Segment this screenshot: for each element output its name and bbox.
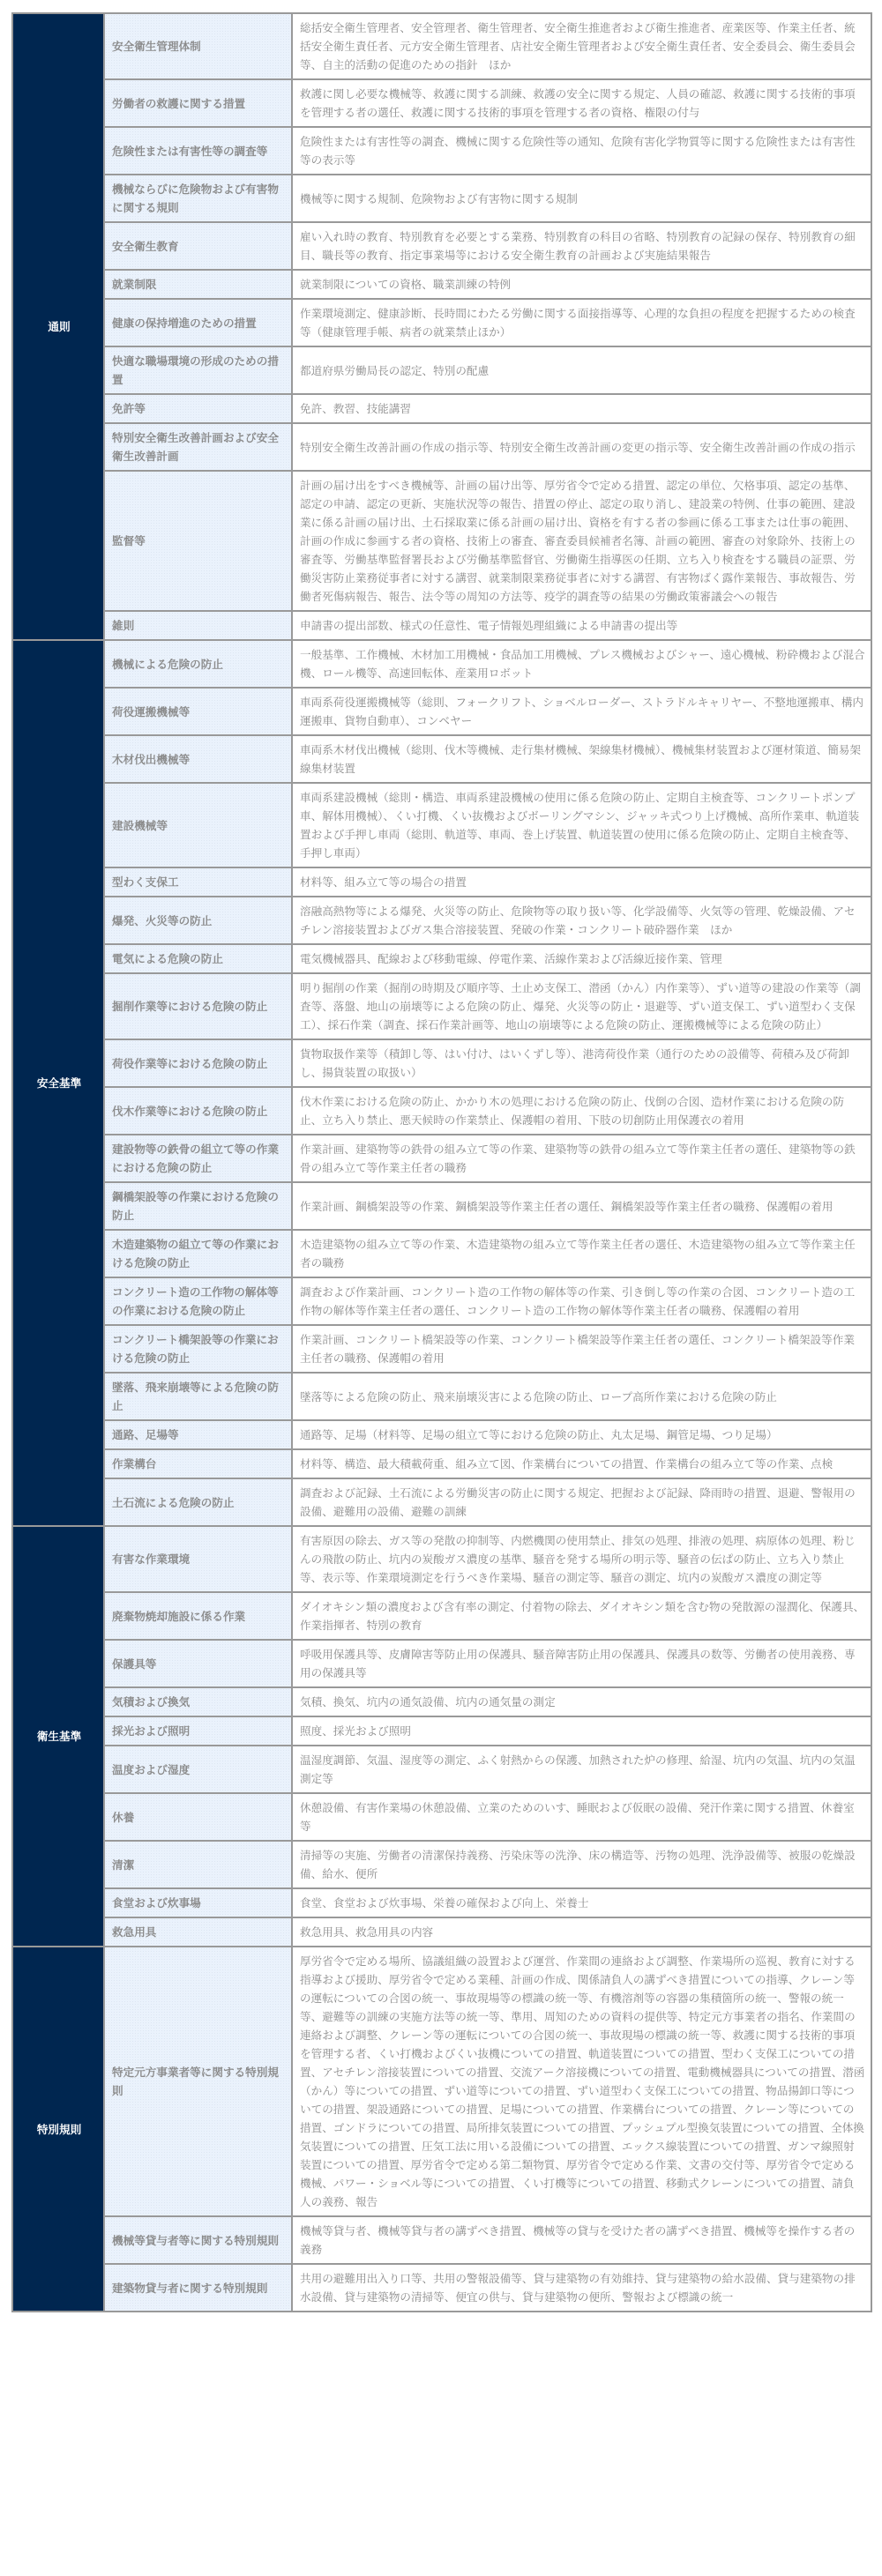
description-cell: 調査および記録、土石流による労働災害の防止に関する規定、把握および記録、降雨時の…	[292, 1478, 871, 1526]
description-cell: 作業計画、鋼橋架設等の作業、鋼橋架設等作業主任者の選任、鋼橋架設等作業主任者の職…	[292, 1182, 871, 1230]
item-cell: 爆発、火災等の防止	[104, 897, 292, 944]
item-cell: 有害な作業環境	[104, 1526, 292, 1592]
item-cell: 危険性または有害性等の調査等	[104, 127, 292, 175]
table-row: 安全基準機械による危険の防止一般基準、工作機械、木材加工用機械・食品加工用機械、…	[12, 640, 871, 688]
table-row: 安全衛生教育雇い入れ時の教育、特別教育を必要とする業務、特別教育の科目の省略、特…	[12, 222, 871, 270]
description-cell: 休憩設備、有害作業場の休憩設備、立業のためのいす、睡眠および仮眠の設備、発汗作業…	[292, 1793, 871, 1841]
item-cell: 廃棄物焼却施設に係る作業	[104, 1592, 292, 1640]
table-row: 休養休憩設備、有害作業場の休憩設備、立業のためのいす、睡眠および仮眠の設備、発汗…	[12, 1793, 871, 1841]
description-cell: 木造建築物の組み立て等の作業、木造建築物の組み立て等作業主任者の選任、木造建築物…	[292, 1230, 871, 1277]
item-cell: 荷役作業等における危険の防止	[104, 1039, 292, 1087]
description-cell: 機械等に関する規制、危険物および有害物に関する規制	[292, 175, 871, 222]
description-cell: 申請書の提出部数、様式の任意性、電子情報処理組織による申請書の提出等	[292, 611, 871, 640]
item-cell: 伐木作業等における危険の防止	[104, 1087, 292, 1135]
table-row: 土石流による危険の防止調査および記録、土石流による労働災害の防止に関する規定、把…	[12, 1478, 871, 1526]
item-cell: 特定元方事業者等に関する特別規則	[104, 1947, 292, 2216]
item-cell: コンクリート橋架設等の作業における危険の防止	[104, 1325, 292, 1373]
item-cell: 土石流による危険の防止	[104, 1478, 292, 1526]
description-cell: 明り掘削の作業（掘削の時期及び順序等、土止め支保工、潜函（かん）内作業等）、ずい…	[292, 973, 871, 1039]
table-row: コンクリート造の工作物の解体等の作業における危険の防止調査および作業計画、コンク…	[12, 1277, 871, 1325]
table-row: 鋼橋架設等の作業における危険の防止作業計画、鋼橋架設等の作業、鋼橋架設等作業主任…	[12, 1182, 871, 1230]
table-row: 墜落、飛来崩壊等による危険の防止墜落等による危険の防止、飛来崩壊災害による危険の…	[12, 1373, 871, 1420]
description-cell: 温湿度調節、気温、湿度等の測定、ふく射熱からの保護、加熱された炉の修理、給湿、坑…	[292, 1746, 871, 1793]
table-row: 免許等免許、教習、技能講習	[12, 394, 871, 423]
item-cell: 電気による危険の防止	[104, 944, 292, 973]
description-cell: 雇い入れ時の教育、特別教育を必要とする業務、特別教育の科目の省略、特別教育の記録…	[292, 222, 871, 270]
table-row: 危険性または有害性等の調査等危険性または有害性等の調査、機械に関する危険性等の通…	[12, 127, 871, 175]
description-cell: 材料等、構造、最大積載荷重、組み立て図、作業構台についての措置、作業構台の組み立…	[292, 1449, 871, 1478]
table-row: 雑則申請書の提出部数、様式の任意性、電子情報処理組織による申請書の提出等	[12, 611, 871, 640]
item-cell: 機械等貸与者等に関する特別規則	[104, 2216, 292, 2264]
item-cell: 労働者の救護に関する措置	[104, 79, 292, 127]
description-cell: 救護に関し必要な機械等、救護に関する訓練、救護の安全に関する規定、人員の確認、救…	[292, 79, 871, 127]
description-cell: 清掃等の実施、労働者の清潔保持義務、汚染床等の洗浄、床の構造等、汚物の処理、洗浄…	[292, 1841, 871, 1888]
category-cell: 通則	[12, 13, 104, 640]
table-row: 特別安全衛生改善計画および安全衛生改善計画特別安全衛生改善計画の作成の指示等、特…	[12, 423, 871, 471]
item-cell: 掘削作業等における危険の防止	[104, 973, 292, 1039]
item-cell: 温度および湿度	[104, 1746, 292, 1793]
table-row: 爆発、火災等の防止溶融高熱物等による爆発、火災等の防止、危険物等の取り扱い等、化…	[12, 897, 871, 944]
description-cell: 厚労省令で定める場所、協議組織の設置および運営、作業間の連絡および調整、作業場所…	[292, 1947, 871, 2216]
item-cell: 食堂および炊事場	[104, 1888, 292, 1917]
description-cell: 車両系建設機械（総則・構造、車両系建設機械の使用に係る危険の防止、定期自主検査等…	[292, 783, 871, 867]
table-row: 荷役運搬機械等車両系荷役運搬機械等（総則、フォークリフト、ショベルローダー、スト…	[12, 688, 871, 735]
table-row: 電気による危険の防止電気機械器具、配線および移動電線、停電作業、活線作業および活…	[12, 944, 871, 973]
description-cell: 共用の避難用出入り口等、共用の警報設備等、貸与建築物の有効維持、貸与建築物の給水…	[292, 2264, 871, 2312]
description-cell: 一般基準、工作機械、木材加工用機械・食品加工用機械、プレス機械およびシャー、遠心…	[292, 640, 871, 688]
description-cell: 溶融高熱物等による爆発、火災等の防止、危険物等の取り扱い等、化学設備等、火気等の…	[292, 897, 871, 944]
table-row: 廃棄物焼却施設に係る作業ダイオキシン類の濃度および含有率の測定、付着物の除去、ダ…	[12, 1592, 871, 1640]
table-row: 労働者の救護に関する措置救護に関し必要な機械等、救護に関する訓練、救護の安全に関…	[12, 79, 871, 127]
description-cell: 計画の届け出をすべき機械等、計画の届け出等、厚労省令で定める措置、認定の単位、欠…	[292, 471, 871, 611]
description-cell: 気積、換気、坑内の通気設備、坑内の通気量の測定	[292, 1687, 871, 1716]
table-row: 作業構台材料等、構造、最大積載荷重、組み立て図、作業構台についての措置、作業構台…	[12, 1449, 871, 1478]
item-cell: 監督等	[104, 471, 292, 611]
description-cell: 危険性または有害性等の調査、機械に関する危険性等の通知、危険有害化学物質等に関す…	[292, 127, 871, 175]
item-cell: 就業制限	[104, 270, 292, 299]
item-cell: 気積および換気	[104, 1687, 292, 1716]
table-row: 採光および照明照度、採光および照明	[12, 1716, 871, 1746]
description-cell: 材料等、組み立て等の場合の措置	[292, 867, 871, 897]
item-cell: 鋼橋架設等の作業における危険の防止	[104, 1182, 292, 1230]
table-row: 機械等貸与者等に関する特別規則機械等貸与者、機械等貸与者の講ずべき措置、機械等の…	[12, 2216, 871, 2264]
description-cell: 墜落等による危険の防止、飛来崩壊災害による危険の防止、ロープ高所作業における危険…	[292, 1373, 871, 1420]
description-cell: 特別安全衛生改善計画の作成の指示等、特別安全衛生改善計画の変更の指示等、安全衛生…	[292, 423, 871, 471]
item-cell: 救急用具	[104, 1917, 292, 1947]
table-row: 特別規則特定元方事業者等に関する特別規則厚労省令で定める場所、協議組織の設置およ…	[12, 1947, 871, 2216]
table-row: 衛生基準有害な作業環境有害原因の除去、ガス等の発散の抑制等、内燃機関の使用禁止、…	[12, 1526, 871, 1592]
item-cell: コンクリート造の工作物の解体等の作業における危険の防止	[104, 1277, 292, 1325]
description-cell: 有害原因の除去、ガス等の発散の抑制等、内燃機関の使用禁止、排気の処理、排液の処理…	[292, 1526, 871, 1592]
regulation-table-body: 通則安全衛生管理体制総括安全衛生管理者、安全管理者、衛生管理者、安全衛生推進者お…	[12, 13, 871, 2312]
description-cell: 作業計画、建築物等の鉄骨の組み立て等の作業、建築物等の鉄骨の組み立て等作業主任者…	[292, 1135, 871, 1182]
item-cell: 作業構台	[104, 1449, 292, 1478]
table-row: コンクリート橋架設等の作業における危険の防止作業計画、コンクリート橋架設等の作業…	[12, 1325, 871, 1373]
item-cell: 通路、足場等	[104, 1420, 292, 1449]
item-cell: 建設機械等	[104, 783, 292, 867]
description-cell: 車両系荷役運搬機械等（総則、フォークリフト、ショベルローダー、ストラドルキャリヤ…	[292, 688, 871, 735]
regulation-table: 通則安全衛生管理体制総括安全衛生管理者、安全管理者、衛生管理者、安全衛生推進者お…	[11, 12, 872, 2312]
item-cell: 機械ならびに危険物および有害物に関する規則	[104, 175, 292, 222]
description-cell: 食堂、食堂および炊事場、栄養の確保および向上、栄養士	[292, 1888, 871, 1917]
item-cell: 荷役運搬機械等	[104, 688, 292, 735]
description-cell: 就業制限についての資格、職業訓練の特例	[292, 270, 871, 299]
description-cell: 貨物取扱作業等（積卸し等、はい付け、はいくずし等）、港湾荷役作業（通行のための設…	[292, 1039, 871, 1087]
description-cell: 呼吸用保護具等、皮膚障害等防止用の保護具、騒音障害防止用の保護具、保護具の数等、…	[292, 1640, 871, 1687]
table-row: 建設物等の鉄骨の組立て等の作業における危険の防止作業計画、建築物等の鉄骨の組み立…	[12, 1135, 871, 1182]
description-cell: 伐木作業における危険の防止、かかり木の処理における危険の防止、伐倒の合図、造材作…	[292, 1087, 871, 1135]
table-row: 快適な職場環境の形成のための措置都道府県労働局長の認定、特別の配慮	[12, 346, 871, 394]
table-row: 救急用具救急用具、救急用具の内容	[12, 1917, 871, 1947]
table-row: 通路、足場等通路等、足場（材料等、足場の組立て等における危険の防止、丸太足場、鋼…	[12, 1420, 871, 1449]
category-cell: 衛生基準	[12, 1526, 104, 1947]
description-cell: 作業環境測定、健康診断、長時間にわたる労働に関する面接指導等、心理的な負担の程度…	[292, 299, 871, 346]
table-row: 就業制限就業制限についての資格、職業訓練の特例	[12, 270, 871, 299]
category-cell: 安全基準	[12, 640, 104, 1526]
table-row: 木造建築物の組立て等の作業における危険の防止木造建築物の組み立て等の作業、木造建…	[12, 1230, 871, 1277]
item-cell: 建設物等の鉄骨の組立て等の作業における危険の防止	[104, 1135, 292, 1182]
table-row: 清潔清掃等の実施、労働者の清潔保持義務、汚染床等の洗浄、床の構造等、汚物の処理、…	[12, 1841, 871, 1888]
table-row: 木材伐出機械等車両系木材伐出機械（総則、伐木等機械、走行集材機械、架線集材機械）…	[12, 735, 871, 783]
table-row: 食堂および炊事場食堂、食堂および炊事場、栄養の確保および向上、栄養士	[12, 1888, 871, 1917]
table-row: 通則安全衛生管理体制総括安全衛生管理者、安全管理者、衛生管理者、安全衛生推進者お…	[12, 13, 871, 79]
item-cell: 木造建築物の組立て等の作業における危険の防止	[104, 1230, 292, 1277]
item-cell: 採光および照明	[104, 1716, 292, 1746]
category-cell: 特別規則	[12, 1947, 104, 2312]
item-cell: 快適な職場環境の形成のための措置	[104, 346, 292, 394]
table-row: 保護具等呼吸用保護具等、皮膚障害等防止用の保護具、騒音障害防止用の保護具、保護具…	[12, 1640, 871, 1687]
table-row: 建築物貸与者に関する特別規則共用の避難用出入り口等、共用の警報設備等、貸与建築物…	[12, 2264, 871, 2312]
item-cell: 保護具等	[104, 1640, 292, 1687]
table-row: 機械ならびに危険物および有害物に関する規則機械等に関する規制、危険物および有害物…	[12, 175, 871, 222]
item-cell: 特別安全衛生改善計画および安全衛生改善計画	[104, 423, 292, 471]
description-cell: 作業計画、コンクリート橋架設等の作業、コンクリート橋架設等作業主任者の選任、コン…	[292, 1325, 871, 1373]
description-cell: 救急用具、救急用具の内容	[292, 1917, 871, 1947]
description-cell: 機械等貸与者、機械等貸与者の講ずべき措置、機械等の貸与を受けた者の講ずべき措置、…	[292, 2216, 871, 2264]
table-row: 温度および湿度温湿度調節、気温、湿度等の測定、ふく射熱からの保護、加熱された炉の…	[12, 1746, 871, 1793]
table-row: 掘削作業等における危険の防止明り掘削の作業（掘削の時期及び順序等、土止め支保工、…	[12, 973, 871, 1039]
page-wrapper: 通則安全衛生管理体制総括安全衛生管理者、安全管理者、衛生管理者、安全衛生推進者お…	[0, 0, 882, 2325]
table-row: 健康の保持増進のための措置作業環境測定、健康診断、長時間にわたる労働に関する面接…	[12, 299, 871, 346]
description-cell: 総括安全衛生管理者、安全管理者、衛生管理者、安全衛生推進者および衛生推進者、産業…	[292, 13, 871, 79]
table-row: 荷役作業等における危険の防止貨物取扱作業等（積卸し等、はい付け、はいくずし等）、…	[12, 1039, 871, 1087]
table-row: 伐木作業等における危険の防止伐木作業における危険の防止、かかり木の処理における危…	[12, 1087, 871, 1135]
item-cell: 健康の保持増進のための措置	[104, 299, 292, 346]
item-cell: 休養	[104, 1793, 292, 1841]
item-cell: 安全衛生教育	[104, 222, 292, 270]
description-cell: 都道府県労働局長の認定、特別の配慮	[292, 346, 871, 394]
item-cell: 安全衛生管理体制	[104, 13, 292, 79]
item-cell: 建築物貸与者に関する特別規則	[104, 2264, 292, 2312]
description-cell: 調査および作業計画、コンクリート造の工作物の解体等の作業、引き倒し等の作業の合図…	[292, 1277, 871, 1325]
table-row: 建設機械等車両系建設機械（総則・構造、車両系建設機械の使用に係る危険の防止、定期…	[12, 783, 871, 867]
description-cell: 通路等、足場（材料等、足場の組立て等における危険の防止、丸太足場、鋼管足場、つり…	[292, 1420, 871, 1449]
description-cell: 照度、採光および照明	[292, 1716, 871, 1746]
item-cell: 墜落、飛来崩壊等による危険の防止	[104, 1373, 292, 1420]
item-cell: 木材伐出機械等	[104, 735, 292, 783]
table-row: 監督等計画の届け出をすべき機械等、計画の届け出等、厚労省令で定める措置、認定の単…	[12, 471, 871, 611]
item-cell: 機械による危険の防止	[104, 640, 292, 688]
description-cell: 免許、教習、技能講習	[292, 394, 871, 423]
item-cell: 雑則	[104, 611, 292, 640]
item-cell: 型わく支保工	[104, 867, 292, 897]
item-cell: 免許等	[104, 394, 292, 423]
description-cell: 車両系木材伐出機械（総則、伐木等機械、走行集材機械、架線集材機械）、機械集材装置…	[292, 735, 871, 783]
item-cell: 清潔	[104, 1841, 292, 1888]
description-cell: ダイオキシン類の濃度および含有率の測定、付着物の除去、ダイオキシン類を含む物の発…	[292, 1592, 871, 1640]
table-row: 型わく支保工材料等、組み立て等の場合の措置	[12, 867, 871, 897]
table-row: 気積および換気気積、換気、坑内の通気設備、坑内の通気量の測定	[12, 1687, 871, 1716]
description-cell: 電気機械器具、配線および移動電線、停電作業、活線作業および活線近接作業、管理	[292, 944, 871, 973]
